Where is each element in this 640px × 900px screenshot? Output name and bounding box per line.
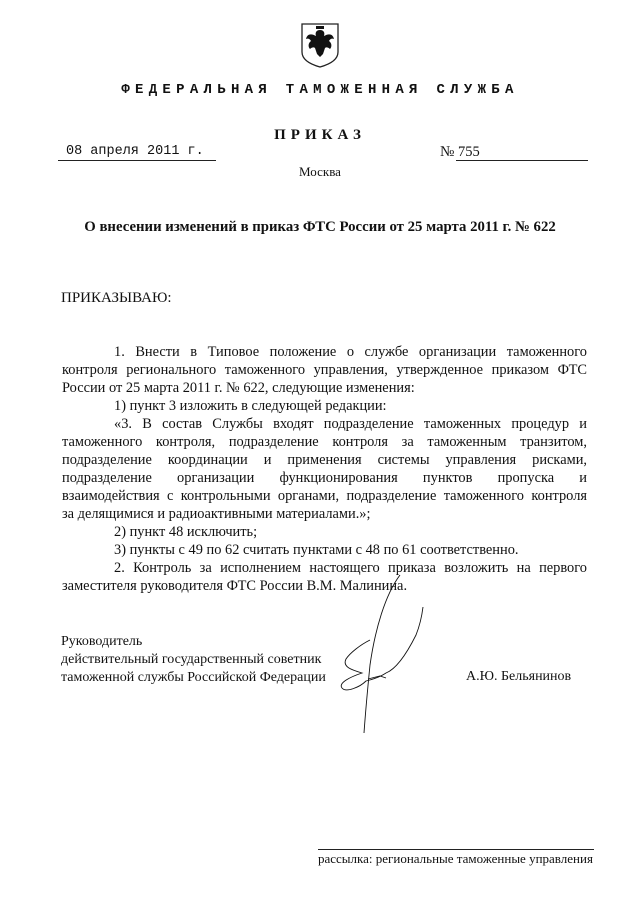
quote-line: подразделение координации и применения с… [62, 451, 587, 469]
city: Москва [0, 164, 640, 180]
order-word: ПРИКАЗЫВАЮ: [61, 290, 172, 307]
quote-line: таможенного контроля, подразделение конт… [62, 433, 587, 451]
paragraph-1-line: 1. Внести в Типовое положение о службе о… [62, 343, 587, 361]
paragraph-2-line: 2. Контроль за исполнением настоящего пр… [62, 559, 587, 577]
quote-line: за делящимися и радиоактивными материала… [62, 505, 587, 523]
quote-line: подразделение организации функционирован… [62, 469, 587, 487]
quote-line: взаимодействия с контрольными органами, … [62, 487, 587, 505]
signatory-name: А.Ю. Бельянинов [466, 669, 571, 685]
distribution-divider [318, 849, 594, 850]
agency-name: ФЕДЕРАЛЬНАЯ ТАМОЖЕННАЯ СЛУЖБА [0, 82, 640, 98]
item-3: 3) пункты с 49 по 62 считать пунктами с … [62, 541, 587, 559]
signatory-line: действительный государственный советник [61, 651, 326, 669]
paragraph-2-line: заместителя руководителя ФТС России В.М.… [62, 577, 587, 595]
document-title: О внесении изменений в приказ ФТС России… [0, 219, 640, 236]
order-number-label: № [440, 144, 454, 160]
signatory-line: таможенной службы Российской Федерации [61, 669, 326, 687]
item-2: 2) пункт 48 исключить; [62, 523, 587, 541]
paragraph-1-line: контроля регионального таможенного управ… [62, 361, 587, 379]
order-date: 08 апреля 2011 г. [58, 144, 216, 161]
document-body: 1. Внести в Типовое положение о службе о… [62, 343, 587, 595]
handwritten-signature [340, 575, 470, 735]
quote-line: «3. В состав Службы входят подразделение… [62, 415, 587, 433]
russian-coat-of-arms-icon [299, 22, 341, 68]
distribution-list: рассылка: региональные таможенные управл… [318, 851, 593, 867]
document-type: ПРИКАЗ [0, 127, 640, 144]
order-number: 755 [456, 144, 588, 161]
signatory-title: Руководитель действительный государствен… [61, 633, 326, 687]
item-1: 1) пункт 3 изложить в следующей редакции… [62, 397, 587, 415]
paragraph-1-line: России от 25 марта 2011 г. № 622, следую… [62, 379, 587, 397]
signatory-line: Руководитель [61, 633, 326, 651]
